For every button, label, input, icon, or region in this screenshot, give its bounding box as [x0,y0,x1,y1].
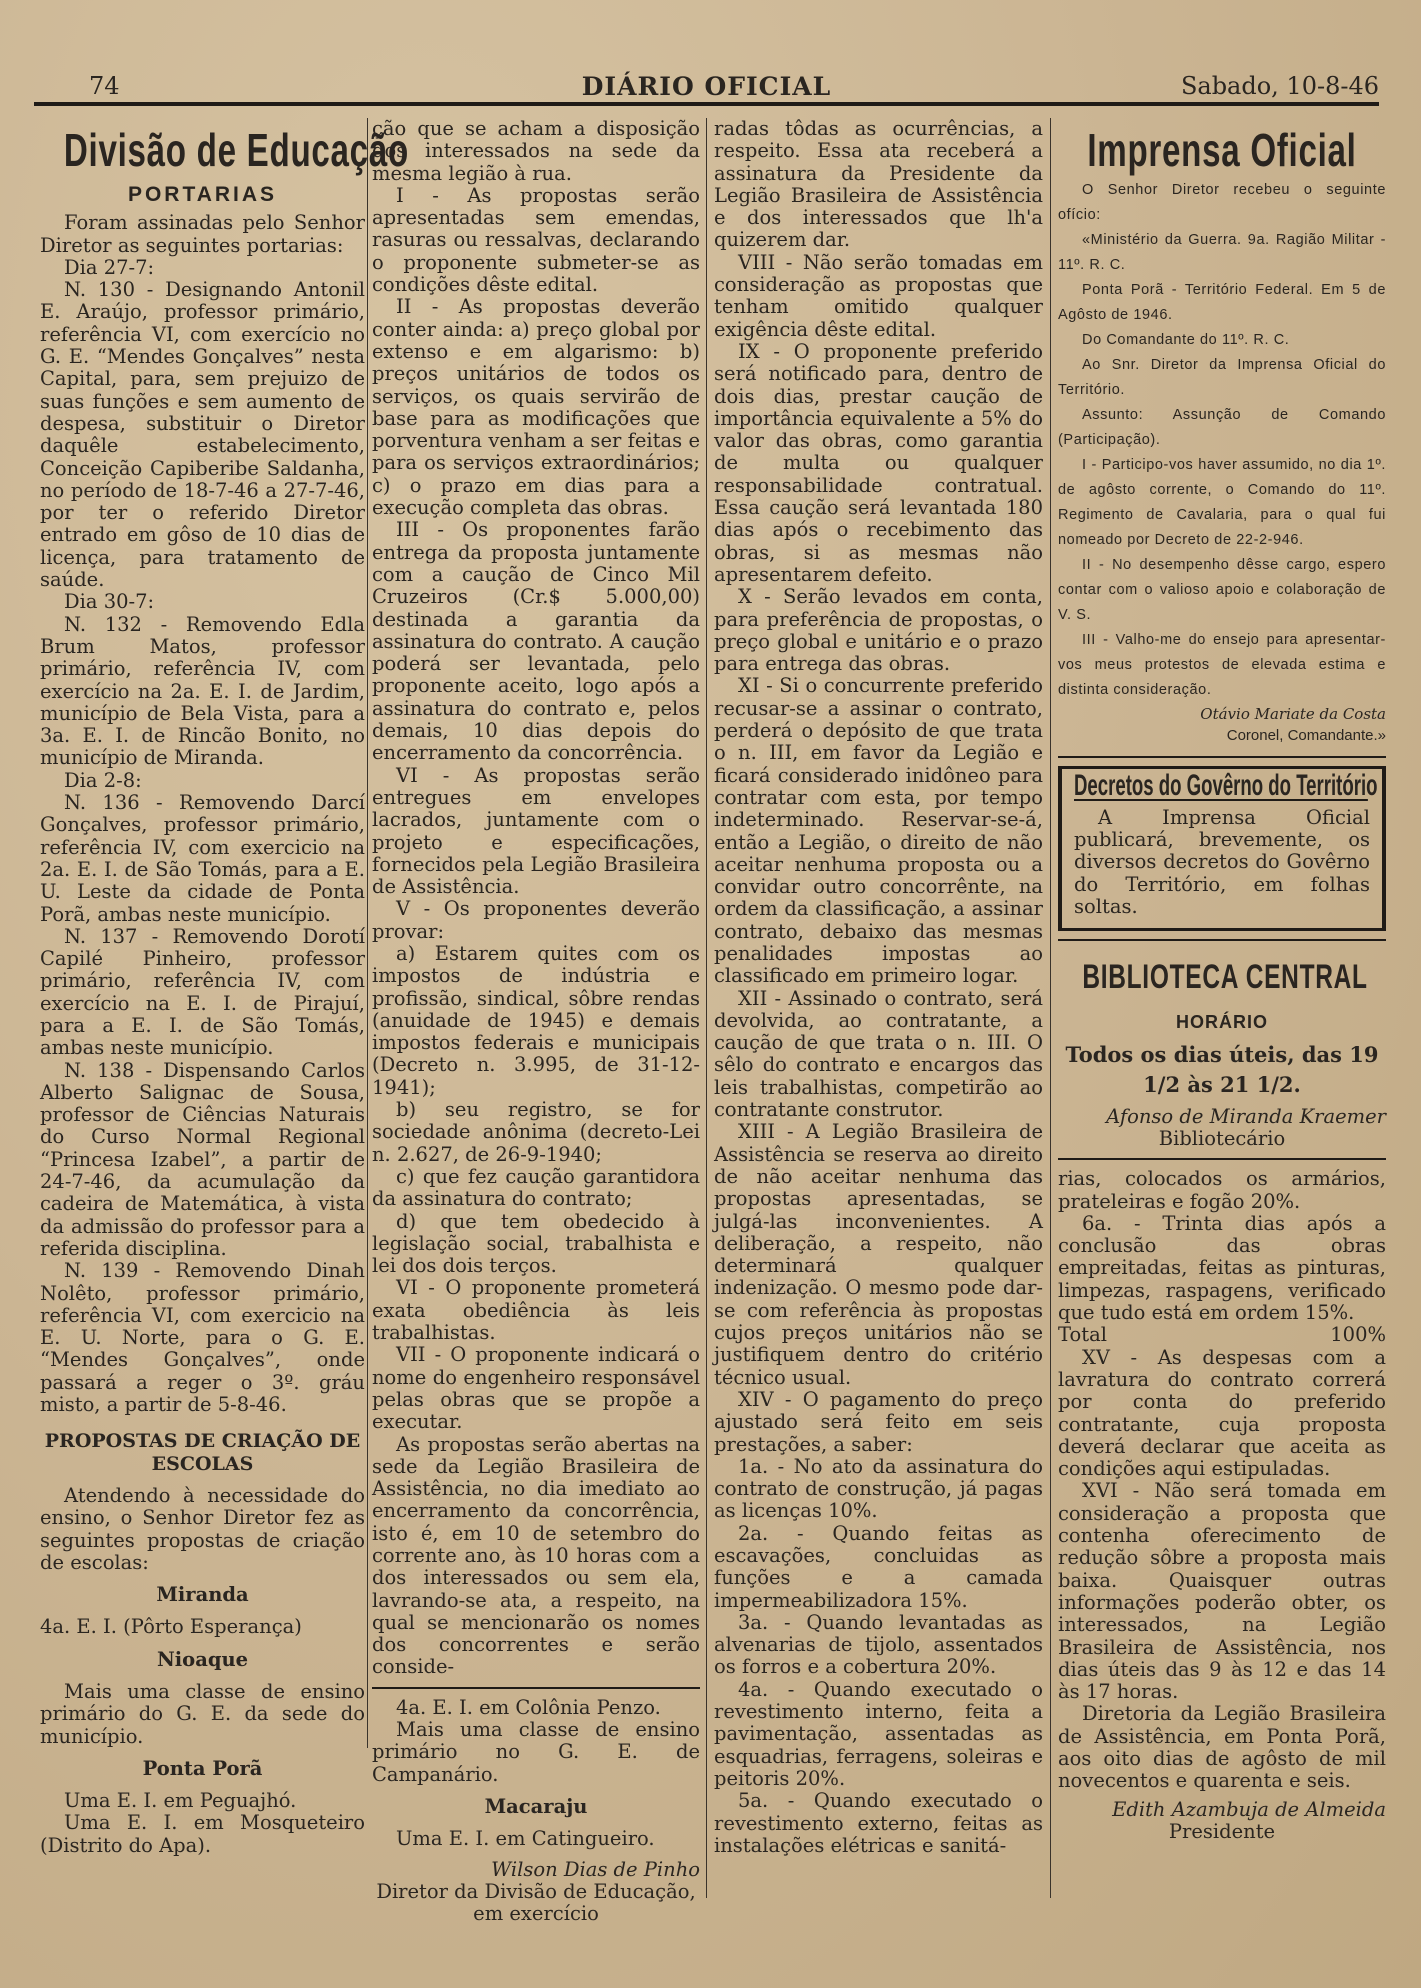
place-heading: Macaraju [372,1796,700,1818]
library-subtitle: HORÁRIO [1058,1011,1386,1033]
date-label: Dia 27-7: [40,257,365,279]
notice-text: A Imprensa Oficial publicará, brevemente… [1074,807,1370,918]
total-label: Total [1058,1324,1107,1346]
divider [372,1687,700,1689]
place-heading: Ponta Porã [40,1758,365,1780]
signature-name: Otávio Mariate da Costa [1058,703,1386,725]
issue-date: Sabado, 10-8-46 [1181,72,1379,100]
section-heading: PROPOSTAS DE CRIAÇÃO DE ESCOLAS [40,1430,365,1475]
list-item: Uma E. I. em Mosqueteiro (Distrito do Ap… [40,1812,365,1857]
total-value: 100% [1330,1324,1386,1346]
paragraph: Atendendo à necessidade do ensino, o Sen… [40,1485,365,1574]
total-row: Total 100% [1058,1324,1386,1346]
paragraph: 6a. - Trinta dias após a conclusão das o… [1058,1213,1386,1324]
paragraph: II - As propostas deverão conter ainda: … [372,296,700,519]
paragraph: N. 130 - Designando Antonil E. Araújo, p… [40,279,365,591]
paragraph: IX - O proponente preferido será notific… [714,341,1043,586]
library-title: BIBLIOTECA CENTRAL [1082,949,1361,1005]
paragraph: X - Serão levados em conta, para preferê… [714,586,1043,675]
list-item: Uma E. I. em Peguajhó. [40,1790,365,1812]
signature-role: Diretor da Divisão de Educação, [372,1881,700,1903]
paragraph: rias, colocados os armários, prateleiras… [1058,1168,1386,1213]
paragraph: 5a. - Quando executado o revestimento ex… [714,1790,1043,1857]
paragraph: radas tôdas as ocurrências, a respeito. … [714,118,1043,252]
divider [1058,1158,1386,1160]
paragraph: d) que tem obedecido à legislação social… [372,1211,700,1278]
paragraph: XI - Si o concurrente preferido recusar-… [714,675,1043,987]
paragraph: «Ministério da Guerra. 9a. Ragião Milita… [1058,228,1386,278]
paragraph: V - Os proponentes deverão provar: [372,898,700,943]
paragraph: VIII - Não serão tomadas em consideração… [714,252,1043,341]
column-imprensa: Imprensa Oficial O Senhor Diretor recebe… [1058,118,1386,1843]
section-title: Divisão de Educação [64,122,341,178]
paragraph: As propostas serão abertas na sede da Le… [372,1434,700,1679]
signature-role: Coronel, Comandante.» [1058,725,1386,747]
signature-name: Afonso de Miranda Kraemer [1058,1106,1386,1128]
divider [1058,756,1386,758]
section-title: Imprensa Oficial [1082,122,1361,178]
paragraph: O Senhor Diretor recebeu o seguinte ofíc… [1058,178,1386,228]
signature-name: Edith Azambuja de Almeida [1058,1799,1386,1821]
signature-role: em exercício [372,1903,700,1925]
list-item: 4a. E. I. (Pôrto Esperança) [40,1616,365,1638]
paragraph: XIV - O pagamento do preço ajustado será… [714,1389,1043,1456]
place-heading: Nioaque [40,1649,365,1671]
paragraph: Diretoria da Legião Brasileira de Assist… [1058,1703,1386,1792]
paragraph: VI - O proponente prometerá exata obediê… [372,1277,700,1344]
column-edital: ção que se acham a disposição dos intere… [372,118,700,1925]
paragraph: a) Estarem quites com os impostos de ind… [372,943,700,1099]
list-item: 4a. E. I. em Colônia Penzo. [372,1697,700,1719]
paragraph: N. 132 - Removendo Edla Brum Matos, prof… [40,614,365,770]
list-item: Mais uma classe de ensino primário do G.… [40,1681,365,1748]
paragraph: I - Participo-vos haver assumido, no dia… [1058,453,1386,553]
signature-role: Bibliotecário [1058,1128,1386,1150]
paragraph: ção que se acham a disposição dos intere… [372,118,700,185]
paragraph: Do Comandante do 11º. R. C. [1058,328,1386,353]
header-rule [34,102,1379,106]
paragraph: c) que fez caução garantidora da assinat… [372,1166,700,1211]
column-divider [1050,118,1051,1898]
paragraph: VI - As propostas serão entregues em env… [372,765,700,899]
paragraph: III - Os proponentes farão entrega da pr… [372,519,700,764]
divider [1058,939,1386,941]
paragraph: XIII - A Legião Brasileira de Assistênci… [714,1121,1043,1389]
column-edital-cont: radas tôdas as ocurrências, a respeito. … [714,118,1043,1857]
official-letter: O Senhor Diretor recebeu o seguinte ofíc… [1058,178,1386,703]
section-subtitle: PORTARIAS [40,184,365,206]
paragraph: 3a. - Quando levantadas as alvenarias de… [714,1612,1043,1679]
paragraph: I - As propostas serão apresentadas sem … [372,185,700,296]
notice-title: Decretos do Govêrno do Território [1074,775,1368,801]
list-item: Mais uma classe de ensino primário no G.… [372,1719,700,1786]
paragraph: XV - As despesas com a lavratura do cont… [1058,1347,1386,1481]
paragraph: N. 139 - Removendo Dinah Nolêto, profess… [40,1260,365,1416]
date-label: Dia 30-7: [40,591,365,613]
newspaper-title: DIÁRIO OFICIAL [34,72,1379,101]
paragraph: 2a. - Quando feitas as escavações, concl… [714,1523,1043,1612]
place-heading: Miranda [40,1584,365,1606]
page-header: 74 DIÁRIO OFICIAL Sabado, 10-8-46 [34,72,1379,102]
signature-role: Presidente [1058,1821,1386,1843]
notice-box: Decretos do Govêrno do Território A Impr… [1058,766,1386,932]
column-divider [706,118,707,1898]
paragraph: 4a. - Quando executado o revestimento in… [714,1679,1043,1790]
paragraph: II - No desempenho dêsse cargo, espero c… [1058,553,1386,628]
paragraph: Assunto: Assunção de Comando (Participaç… [1058,403,1386,453]
column-education: Divisão de Educação PORTARIAS Foram assi… [40,118,365,1857]
paragraph: N. 137 - Removendo Dorotí Capilé Pinheir… [40,926,365,1060]
column-divider [367,118,368,1748]
signature-name: Wilson Dias de Pinho [372,1859,700,1881]
paragraph: XII - Assinado o contrato, será devolvid… [714,988,1043,1122]
library-hours: Todos os dias úteis, das 19 1/2 às 21 1/… [1058,1040,1386,1100]
paragraph: 1a. - No ato da assinatura do contrato d… [714,1456,1043,1523]
paragraph: N. 136 - Removendo Darcí Gonçalves, prof… [40,792,365,926]
paragraph: XVI - Não será tomada em consideração a … [1058,1480,1386,1703]
paragraph: Ao Snr. Diretor da Imprensa Oficial do T… [1058,353,1386,403]
date-label: Dia 2-8: [40,770,365,792]
paragraph: Ponta Porã - Território Federal. Em 5 de… [1058,278,1386,328]
paragraph: III - Valho-me do ensejo para apresentar… [1058,628,1386,703]
paragraph: b) seu registro, se for sociedade anônim… [372,1099,700,1166]
list-item: Uma E. I. em Catingueiro. [372,1828,700,1850]
paragraph: VII - O proponente indicará o nome do en… [372,1344,700,1433]
paragraph: Foram assinadas pelo Senhor Diretor as s… [40,212,365,257]
paragraph: N. 138 - Dispensando Carlos Alberto Sali… [40,1060,365,1261]
